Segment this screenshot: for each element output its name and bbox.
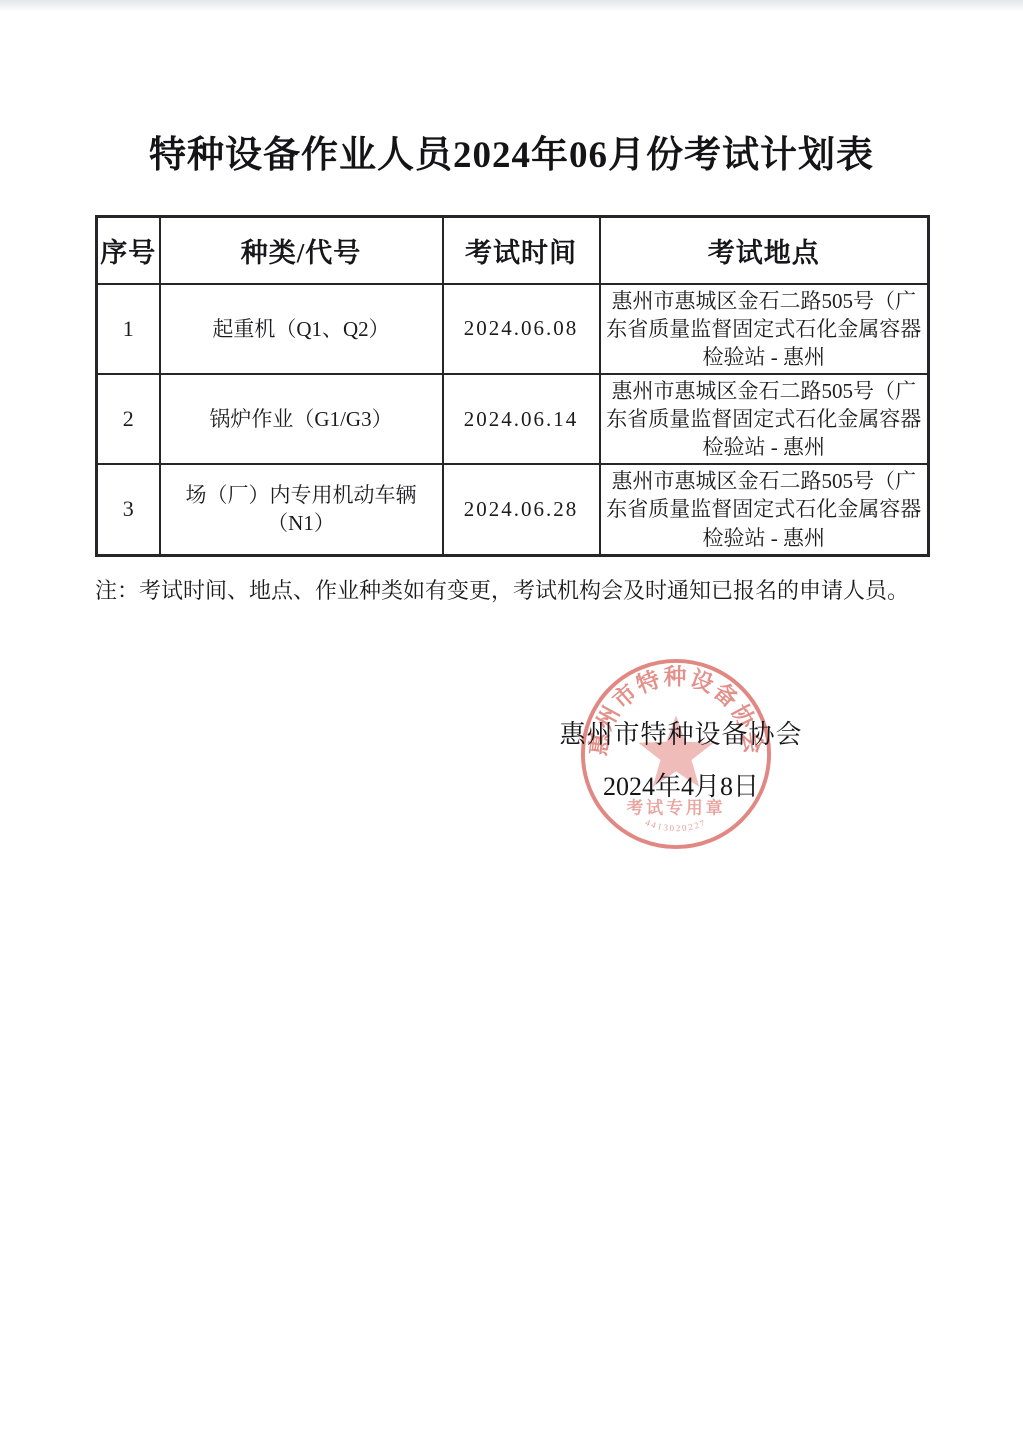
document-page: 特种设备作业人员2024年06月份考试计划表 序号 种类/代号 考试时间 考试地… <box>0 0 1023 1434</box>
row-location: 惠州市惠城区金石二路505号（广东省质量监督固定式石化金属容器检验站 - 惠州 <box>600 284 929 374</box>
exam-schedule-table: 序号 种类/代号 考试时间 考试地点 1 起重机（Q1、Q2） 2024.06.… <box>95 215 930 557</box>
row-date: 2024.06.28 <box>443 464 600 555</box>
table-row: 1 起重机（Q1、Q2） 2024.06.08 惠州市惠城区金石二路505号（广… <box>97 284 929 374</box>
header-seq: 序号 <box>97 217 160 284</box>
row-category: 起重机（Q1、Q2） <box>160 284 443 374</box>
header-category: 种类/代号 <box>160 217 443 284</box>
row-seq: 2 <box>97 374 160 464</box>
table-row: 3 场（厂）内专用机动车辆（N1） 2024.06.28 惠州市惠城区金石二路5… <box>97 464 929 555</box>
page-title: 特种设备作业人员2024年06月份考试计划表 <box>0 124 1023 178</box>
table-header-row: 序号 种类/代号 考试时间 考试地点 <box>97 217 929 284</box>
table-row: 2 锅炉作业（G1/G3） 2024.06.14 惠州市惠城区金石二路505号（… <box>97 374 929 464</box>
row-category: 场（厂）内专用机动车辆（N1） <box>160 464 443 555</box>
row-location: 惠州市惠城区金石二路505号（广东省质量监督固定式石化金属容器检验站 - 惠州 <box>600 464 929 555</box>
row-date: 2024.06.14 <box>443 374 600 464</box>
scan-edge-artifact <box>0 0 1023 14</box>
row-category: 锅炉作业（G1/G3） <box>160 374 443 464</box>
svg-text:4413020227: 4413020227 <box>644 817 708 833</box>
row-seq: 1 <box>97 284 160 374</box>
signature-date: 2024年4月8日 <box>556 766 806 803</box>
footnote: 注：考试时间、地点、作业种类如有变更，考试机构会及时通知已报名的申请人员。 <box>95 574 935 605</box>
seal-serial-number: 4413020227 <box>644 817 708 833</box>
signature-organization: 惠州市特种设备协会 <box>556 714 806 751</box>
header-location: 考试地点 <box>600 217 929 284</box>
row-seq: 3 <box>97 464 160 555</box>
header-date: 考试时间 <box>443 217 600 284</box>
official-seal-stamp: 惠州市特种设备协会 考试专用章 4413020227 <box>577 655 775 853</box>
row-location: 惠州市惠城区金石二路505号（广东省质量监督固定式石化金属容器检验站 - 惠州 <box>600 374 929 464</box>
row-date: 2024.06.08 <box>443 284 600 374</box>
